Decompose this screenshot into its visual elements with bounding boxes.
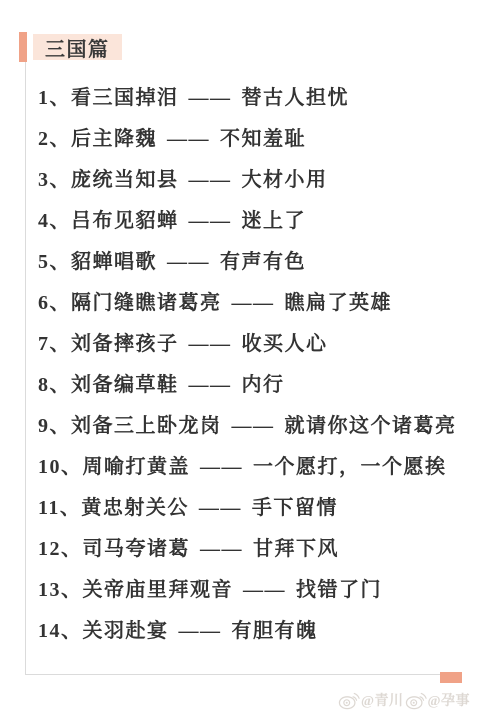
list-item: 10、周喻打黄盖——一个愿打，一个愿挨: [38, 457, 457, 477]
list-item: 14、关羽赴宴——有胆有魄: [38, 621, 457, 641]
item-phrase: 后主降魏: [71, 128, 157, 150]
item-phrase: 刘备摔孩子: [71, 333, 179, 355]
item-dash: ——: [189, 210, 232, 232]
idiom-list: 1、看三国掉泪——替古人担忧2、后主降魏——不知羞耻3、庞统当知县——大材小用4…: [38, 88, 457, 662]
item-dash: ——: [243, 579, 286, 601]
list-item: 13、关帝庙里拜观音——找错了门: [38, 580, 457, 600]
item-number: 4、: [38, 210, 71, 232]
watermark-handle: @孕事: [428, 690, 471, 710]
page: 三国篇 1、看三国掉泪——替古人担忧2、后主降魏——不知羞耻3、庞统当知县——大…: [0, 0, 480, 719]
item-dash: ——: [232, 292, 275, 314]
watermark-handle: @青川: [361, 690, 404, 710]
list-item: 6、隔门缝瞧诸葛亮——瞧扁了英雄: [38, 293, 457, 313]
item-dash: ——: [189, 333, 232, 355]
item-dash: ——: [179, 620, 222, 642]
item-number: 13、: [38, 579, 83, 601]
item-phrase: 刘备编草鞋: [71, 374, 179, 396]
item-answer: 有胆有魄: [232, 620, 318, 642]
list-item: 1、看三国掉泪——替古人担忧: [38, 88, 457, 108]
item-answer: 找错了门: [296, 579, 382, 601]
item-phrase: 貂蝉唱歌: [71, 251, 157, 273]
item-answer: 一个愿打，一个愿挨: [253, 456, 447, 478]
item-dash: ——: [189, 374, 232, 396]
item-phrase: 关羽赴宴: [83, 620, 169, 642]
item-number: 14、: [38, 620, 83, 642]
item-phrase: 庞统当知县: [71, 169, 179, 191]
item-number: 8、: [38, 374, 71, 396]
item-answer: 内行: [242, 374, 285, 396]
accent-bar-bottom: [440, 672, 462, 683]
list-item: 5、貂蝉唱歌——有声有色: [38, 252, 457, 272]
weibo-icon: [405, 690, 427, 710]
item-phrase: 看三国掉泪: [71, 87, 179, 109]
item-dash: ——: [167, 128, 210, 150]
item-dash: ——: [199, 497, 242, 519]
item-phrase: 刘备三上卧龙岗: [71, 415, 222, 437]
item-answer: 甘拜下风: [253, 538, 339, 560]
item-number: 11、: [38, 497, 81, 519]
item-answer: 手下留情: [252, 497, 338, 519]
item-answer: 替古人担忧: [242, 87, 350, 109]
section-title-badge: 三国篇: [33, 34, 122, 60]
left-rule: [25, 62, 26, 674]
weibo-icon: [338, 690, 360, 710]
item-phrase: 周喻打黄盖: [83, 456, 191, 478]
item-number: 3、: [38, 169, 71, 191]
item-answer: 瞧扁了英雄: [285, 292, 393, 314]
item-answer: 大材小用: [242, 169, 328, 191]
item-number: 10、: [38, 456, 83, 478]
list-item: 4、吕布见貂蝉——迷上了: [38, 211, 457, 231]
item-dash: ——: [167, 251, 210, 273]
list-item: 9、刘备三上卧龙岗——就请你这个诸葛亮: [38, 416, 457, 436]
item-dash: ——: [232, 415, 275, 437]
list-item: 12、司马夸诸葛——甘拜下风: [38, 539, 457, 559]
item-number: 5、: [38, 251, 71, 273]
item-number: 1、: [38, 87, 71, 109]
item-answer: 有声有色: [220, 251, 306, 273]
item-dash: ——: [189, 87, 232, 109]
item-phrase: 隔门缝瞧诸葛亮: [71, 292, 222, 314]
list-item: 7、刘备摔孩子——收买人心: [38, 334, 457, 354]
item-dash: ——: [189, 169, 232, 191]
item-phrase: 黄忠射关公: [81, 497, 189, 519]
item-dash: ——: [200, 456, 243, 478]
item-answer: 收买人心: [242, 333, 328, 355]
item-number: 2、: [38, 128, 71, 150]
item-number: 7、: [38, 333, 71, 355]
list-item: 2、后主降魏——不知羞耻: [38, 129, 457, 149]
section-title: 三国篇: [45, 33, 110, 62]
item-number: 12、: [38, 538, 83, 560]
item-answer: 就请你这个诸葛亮: [285, 415, 457, 437]
bottom-rule: [25, 674, 441, 675]
item-number: 6、: [38, 292, 71, 314]
item-phrase: 吕布见貂蝉: [71, 210, 179, 232]
item-phrase: 司马夸诸葛: [83, 538, 191, 560]
list-item: 8、刘备编草鞋——内行: [38, 375, 457, 395]
item-answer: 不知羞耻: [220, 128, 306, 150]
list-item: 3、庞统当知县——大材小用: [38, 170, 457, 190]
item-phrase: 关帝庙里拜观音: [83, 579, 234, 601]
watermark: @青川@孕事: [338, 687, 480, 713]
item-answer: 迷上了: [242, 210, 307, 232]
item-dash: ——: [200, 538, 243, 560]
item-number: 9、: [38, 415, 71, 437]
list-item: 11、黄忠射关公——手下留情: [38, 498, 457, 518]
accent-bar-top: [19, 32, 27, 62]
